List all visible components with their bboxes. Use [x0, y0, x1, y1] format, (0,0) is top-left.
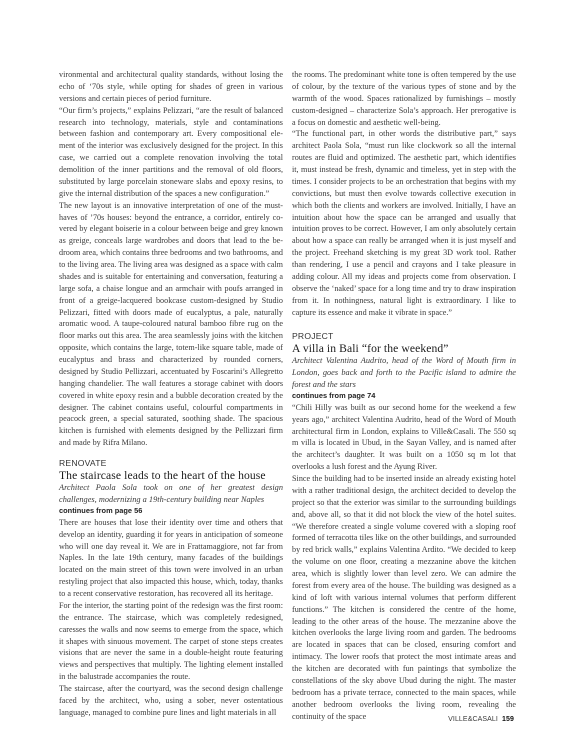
- section-label: PROJECT: [292, 331, 516, 342]
- magazine-name: VILLE&CASALI: [448, 716, 498, 723]
- article-standfirst: Architect Paola Sola took on one of her …: [59, 482, 283, 505]
- continuation-paragraph: the rooms. The predominant white tone is…: [292, 69, 516, 128]
- magazine-page: vironmental and architectural quality st…: [0, 0, 580, 740]
- continuation-paragraph: “The functional part, in other words the…: [292, 128, 516, 318]
- continues-from-label: continues from page 56: [59, 505, 283, 517]
- article-headline: The staircase leads to the heart of the …: [59, 469, 283, 482]
- continuation-paragraph: The new layout is an innovative interpre…: [59, 200, 283, 449]
- continuation-paragraph: “Our firm’s projects,” explains Pelizzar…: [59, 105, 283, 200]
- article-renovate: RENOVATE The staircase leads to the hear…: [59, 458, 283, 719]
- continuation-paragraph: vironmental and architectural quality st…: [59, 69, 283, 105]
- page-footer: VILLE&CASALI 159: [448, 716, 514, 723]
- page-number: 159: [502, 716, 514, 723]
- article-project: PROJECT A villa in Bali “for the weekend…: [292, 331, 516, 722]
- article-paragraph: There are houses that lose their identit…: [59, 517, 283, 600]
- section-label: RENOVATE: [59, 458, 283, 469]
- left-column: vironmental and architectural quality st…: [59, 69, 283, 719]
- article-paragraph: For the interior, the starting point of …: [59, 600, 283, 683]
- right-column: the rooms. The predominant white tone is…: [292, 69, 516, 722]
- article-paragraph: Since the building had to be inserted in…: [292, 473, 516, 722]
- article-paragraph: The staircase, after the courtyard, was …: [59, 683, 283, 719]
- article-headline: A villa in Bali “for the weekend”: [292, 342, 516, 355]
- article-standfirst: Architect Valentina Audrito, head of the…: [292, 355, 516, 390]
- continues-from-label: continues from page 74: [292, 390, 516, 402]
- article-paragraph: “Chili Hilly was built as our second hom…: [292, 402, 516, 473]
